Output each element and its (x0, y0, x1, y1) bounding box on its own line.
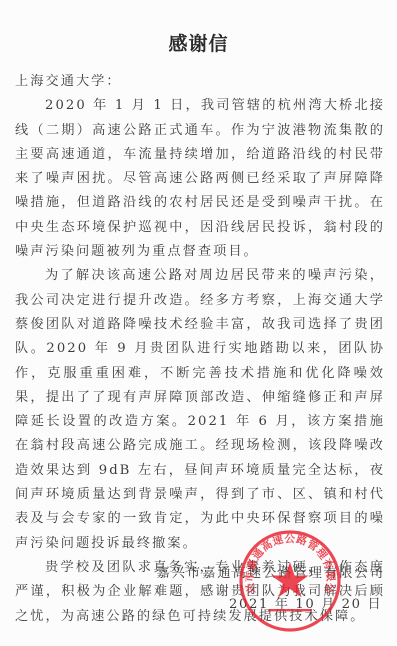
signature-company: 嘉兴市嘉通高速公路管理有限公司 (0, 564, 385, 584)
signature-date: 2021 年 10 月 20 日 (229, 595, 382, 615)
paragraph-1: 2020 年 1 月 1 日，我司管辖的杭州湾大桥北接线（二期）高速公路正式通车… (15, 94, 385, 264)
letter-page: 感谢信 上海交通大学： 2020 年 1 月 1 日，我司管辖的杭州湾大桥北接线… (0, 0, 397, 646)
salutation: 上海交通大学： (15, 70, 385, 94)
letter-title: 感谢信 (0, 29, 397, 56)
letter-body: 上海交通大学： 2020 年 1 月 1 日，我司管辖的杭州湾大桥北接线（二期）… (15, 70, 385, 629)
paragraph-2: 为了解决该高速公路对周边居民带来的噪声污染，我公司决定进行提升改造。经多方考察，… (15, 264, 385, 556)
